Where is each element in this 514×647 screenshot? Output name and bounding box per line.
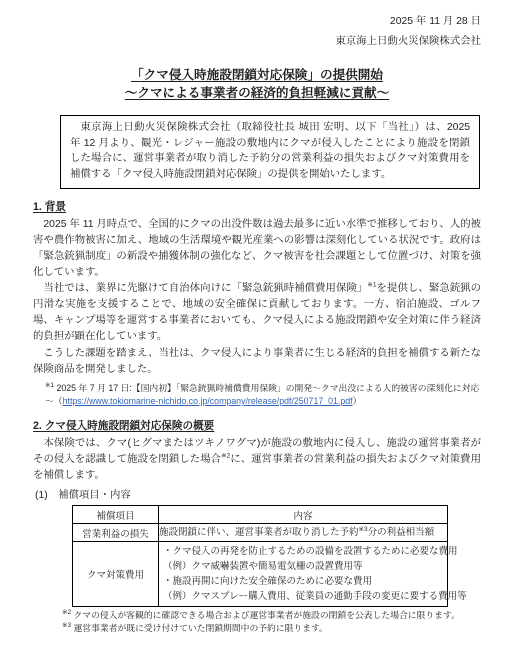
footnote-1-marker: ※1 <box>45 382 54 389</box>
overview-heading: 2. クマ侵入時施設閉鎖対応保険の概要 <box>33 418 481 433</box>
table-row: クマ対策費用 ・クマ侵入の再発を防止するための設備を設置するために必要な費用 （… <box>73 542 448 607</box>
footnote-1-text-close: ） <box>353 396 362 406</box>
company-name: 東京海上日動火災保険株式会社 <box>0 32 481 52</box>
footnote-2-text: クマの侵入が客観的に確認できる場合および運営事業者が施設の閉鎖を公表した場合に限… <box>71 610 460 620</box>
background-paragraph-2-text: 当社では、業界に先駆けて自治体向けに「緊急銃猟時補償費用保険」 <box>43 283 367 294</box>
release-date: 2025 年 11 月 28 日 <box>0 12 481 32</box>
row1-content-text-cont: 分の利益相当額 <box>368 527 435 538</box>
footnote-2-marker: ※2 <box>62 610 71 617</box>
title-line-2: ～クマによる事業者の経済的負担軽減に貢献～ <box>125 86 389 100</box>
document-header: 2025 年 11 月 28 日 東京海上日動火災保険株式会社 <box>0 12 514 51</box>
background-paragraph-3: こうした課題を踏まえ、当社は、クマ侵入により事業者に生じる経済的負担を補償する新… <box>33 346 481 378</box>
coverage-row1-content: 施設閉鎖に伴い、運営事業者が取り消した予約※3分の利益相当額 <box>159 524 448 542</box>
footnote-3: ※3 運営事業者が既に受け付けていた閉鎖期間中の予約に限ります。 <box>62 622 514 635</box>
background-paragraph-1: 2025 年 11 月時点で、全国的にクマの出没件数は過去最多に近い水準で推移し… <box>33 217 481 281</box>
footnote-ref-1: ※1 <box>367 282 376 289</box>
coverage-row2-line-4: （例）クマスプレー購入費用、従業員の通勤手段の変更に要する費用等 <box>163 589 443 604</box>
footnote-ref-3: ※3 <box>359 526 368 533</box>
coverage-table-header-content: 内容 <box>159 506 448 524</box>
background-heading: 1. 背景 <box>33 199 481 214</box>
document-title: 「クマ侵入時施設閉鎖対応保険」の提供開始 ～クマによる事業者の経済的負担軽減に貢… <box>0 67 514 102</box>
footnote-ref-2: ※2 <box>221 453 230 460</box>
coverage-row2-line-1: ・クマ侵入の再発を防止するための設備を設置するために必要な費用 <box>163 544 443 559</box>
press-release-link[interactable]: https://www.tokiomarine-nichido.co.jp/co… <box>63 396 353 406</box>
press-release-page: 2025 年 11 月 28 日 東京海上日動火災保険株式会社 「クマ侵入時施設… <box>0 0 514 647</box>
footnote-2: ※2 クマの侵入が客観的に確認できる場合および運営事業者が施設の閉鎖を公表した場… <box>62 609 514 622</box>
lead-summary-text: 東京海上日動火災保険株式会社（取締役社長 城田 宏明、以下「当社」）は、2025… <box>70 122 470 180</box>
coverage-row2-line-2: （例）クマ威嚇装置や簡易電気柵の設置費用等 <box>163 559 443 574</box>
coverage-table-header-row: 補償項目 内容 <box>73 506 448 524</box>
coverage-row2-item: クマ対策費用 <box>73 542 159 607</box>
coverage-row2-line-3: ・施設再開に向けた安全確保のために必要な費用 <box>163 574 443 589</box>
row1-content-text: 施設閉鎖に伴い、運営事業者が取り消した予約 <box>159 527 359 538</box>
footnote-1: ※1 2025 年 7 月 17 日:【国内初】「緊急銃猟時補償費用保険」の開発… <box>45 382 481 408</box>
table-row: 営業利益の損失 施設閉鎖に伴い、運営事業者が取り消した予約※3分の利益相当額 <box>73 524 448 542</box>
coverage-row1-item: 営業利益の損失 <box>73 524 159 542</box>
footnotes-bottom: ※2 クマの侵入が客観的に確認できる場合および運営事業者が施設の閉鎖を公表した場… <box>62 609 514 635</box>
coverage-table-header-item: 補償項目 <box>73 506 159 524</box>
coverage-item-label: (1) 補償項目・内容 <box>35 488 481 503</box>
lead-summary-box: 東京海上日動火災保険株式会社（取締役社長 城田 宏明、以下「当社」）は、2025… <box>60 115 480 189</box>
section-background: 1. 背景 2025 年 11 月時点で、全国的にクマの出没件数は過去最多に近い… <box>33 199 481 608</box>
coverage-row2-content: ・クマ侵入の再発を防止するための設備を設置するために必要な費用 （例）クマ威嚇装… <box>159 542 448 607</box>
overview-paragraph: 本保険では、クマ(ヒグマまたはツキノワグマ)が施設の敷地内に侵入し、施設の運営事… <box>33 436 481 484</box>
coverage-table: 補償項目 内容 営業利益の損失 施設閉鎖に伴い、運営事業者が取り消した予約※3分… <box>72 505 448 607</box>
background-paragraph-2: 当社では、業界に先駆けて自治体向けに「緊急銃猟時補償費用保険」※1を提供し、緊急… <box>33 281 481 345</box>
title-line-1: 「クマ侵入時施設閉鎖対応保険」の提供開始 <box>131 68 383 82</box>
footnote-3-text: 運営事業者が既に受け付けていた閉鎖期間中の予約に限ります。 <box>71 623 328 633</box>
footnote-3-marker: ※3 <box>62 623 71 630</box>
